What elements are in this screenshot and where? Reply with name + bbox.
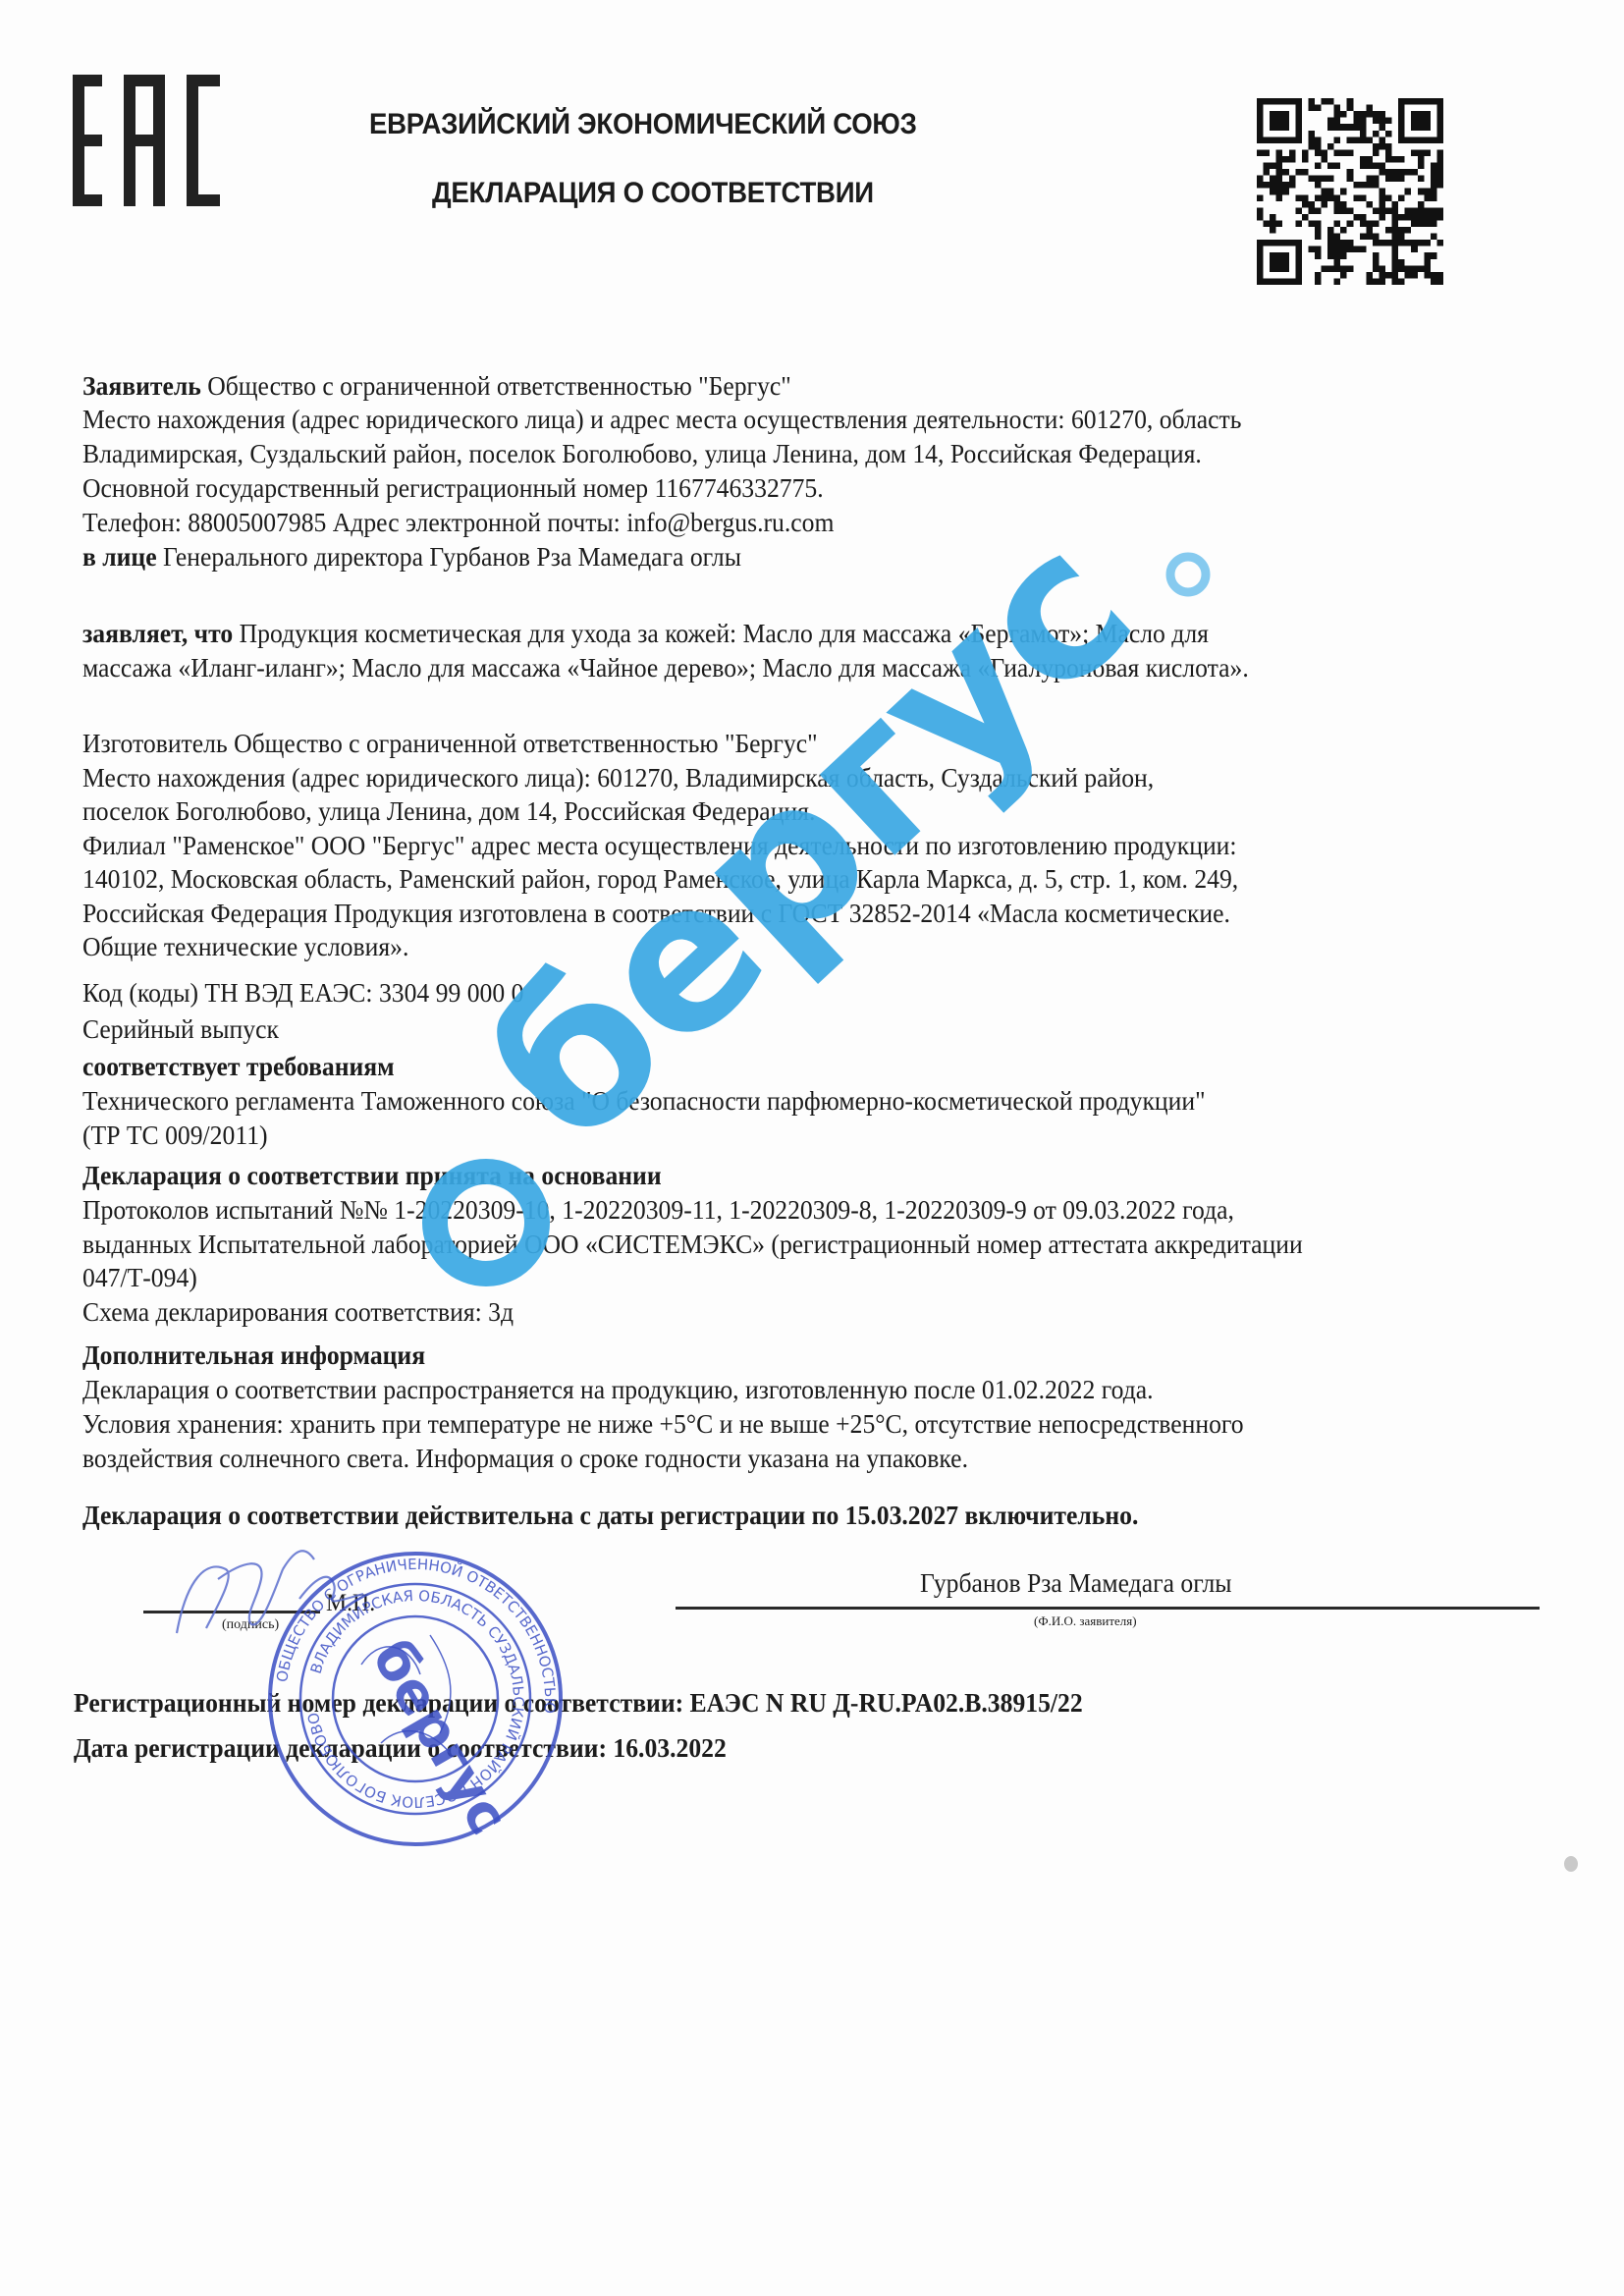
- declares-line-2: массажа «Иланг-иланг»; Масло для массажа…: [82, 651, 1249, 684]
- eac-logo-icon: [73, 75, 220, 206]
- requirements-line-1: Технического регламента Таможенного союз…: [82, 1084, 1206, 1118]
- manufacturer-line-2: Место нахождения (адрес юридического лиц…: [82, 761, 1154, 794]
- qr-code-icon: [1257, 98, 1443, 285]
- applicant-address-2: Владимирская, Суздальский район, поселок…: [82, 437, 1202, 470]
- manufacturer-line-5: 140102, Московская область, Раменский ра…: [82, 862, 1238, 896]
- basis-line-2: выданных Испытательной лабораторией ООО …: [82, 1228, 1303, 1261]
- additional-line-2: Условия хранения: хранить при температур…: [82, 1407, 1244, 1441]
- tn-ved-code: Код (коды) ТН ВЭД ЕАЭС: 3304 99 000 0: [82, 976, 523, 1010]
- applicant-name: Общество с ограниченной ответственностью…: [207, 371, 791, 401]
- applicant-line: Заявитель Общество с ограниченной ответс…: [82, 369, 791, 403]
- manufacturer-line-1: Изготовитель Общество с ограниченной отв…: [82, 727, 818, 760]
- requirements-line-2: (ТР ТС 009/2011): [82, 1119, 268, 1152]
- document-title: ДЕКЛАРАЦИЯ О СООТВЕТСТВИИ: [432, 177, 874, 210]
- additional-label: Дополнительная информация: [82, 1339, 425, 1372]
- additional-line-3: воздействия солнечного света. Информация…: [82, 1442, 968, 1475]
- stamp-center-text: бергус: [359, 1630, 520, 1846]
- signer-caption: (Ф.И.О. заявителя): [1034, 1613, 1137, 1629]
- applicant-address-1: Место нахождения (адрес юридического лиц…: [82, 403, 1241, 436]
- registered-mark-icon: [1170, 557, 1206, 592]
- applicant-ogrn: Основной государственный регистрационный…: [82, 471, 824, 505]
- manufacturer-line-7: Общие технические условия».: [82, 930, 408, 963]
- union-title: ЕВРАЗИЙСКИЙ ЭКОНОМИЧЕСКИЙ СОЮЗ: [369, 108, 917, 141]
- validity-statement: Декларация о соответствии действительна …: [82, 1499, 1138, 1532]
- basis-line-3: 047/Т-094): [82, 1261, 197, 1294]
- additional-line-1: Декларация о соответствии распространяет…: [82, 1373, 1154, 1406]
- registration-number: Регистрационный номер декларации о соотв…: [74, 1686, 1083, 1720]
- declaration-scheme: Схема декларирования соответствия: 3д: [82, 1295, 514, 1329]
- represented-label: в лице: [82, 542, 157, 572]
- manufacturer-line-4: Филиал "Раменское" ООО "Бергус" адрес ме…: [82, 829, 1237, 862]
- applicant-contacts: Телефон: 88005007985 Адрес электронной п…: [82, 506, 834, 539]
- serial-release: Серийный выпуск: [82, 1012, 279, 1046]
- basis-label: Декларация о соответствии принята на осн…: [82, 1159, 662, 1192]
- manufacturer-line-3: поселок Боголюбово, улица Ленина, дом 14…: [82, 794, 815, 828]
- scan-speck: [1564, 1856, 1578, 1872]
- company-stamp: ОБЩЕСТВО С ОГРАНИЧЕННОЙ ОТВЕТСТВЕННОСТЬЮ…: [263, 1547, 568, 1851]
- declares-label: заявляет, что: [82, 619, 233, 648]
- requirements-label: соответствует требованиям: [82, 1050, 395, 1083]
- basis-line-1: Протоколов испытаний №№ 1-20220309-10, 1…: [82, 1193, 1234, 1227]
- represented-line: в лице Генерального директора Гурбанов Р…: [82, 540, 741, 574]
- applicant-label: Заявитель: [82, 371, 201, 401]
- signer-name: Гурбанов Рза Мамедага оглы: [920, 1566, 1232, 1600]
- represented-by: Генерального директора Гурбанов Рза Маме…: [163, 542, 741, 572]
- declares-product: Продукция косметическая для ухода за кож…: [240, 619, 1209, 648]
- signer-name-line: [676, 1607, 1540, 1610]
- declares-line-1: заявляет, что Продукция косметическая дл…: [82, 617, 1209, 650]
- manufacturer-line-6: Российская Федерация Продукция изготовле…: [82, 897, 1230, 930]
